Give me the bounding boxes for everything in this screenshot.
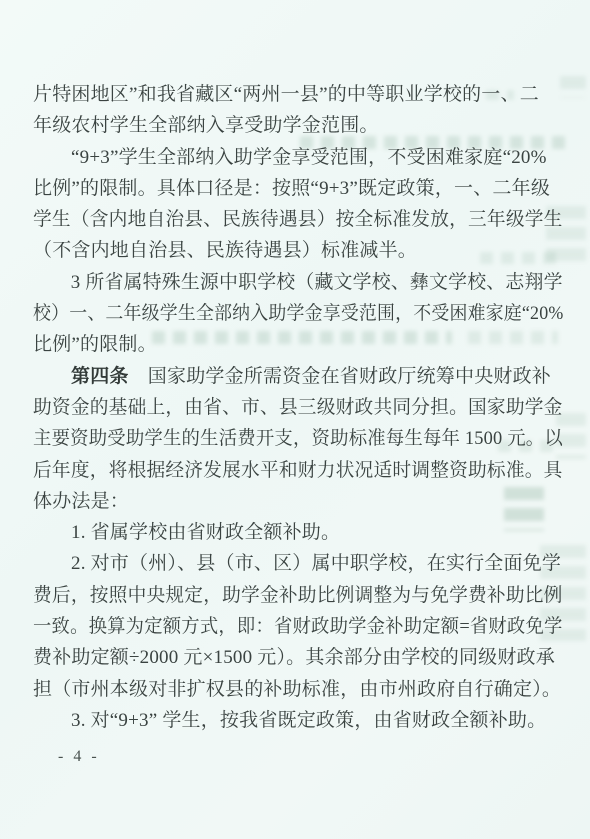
text-run: 3 所省属特殊生源中职学校（藏文学校、彝文学校、志翔学: [71, 272, 563, 293]
text-line: 担（市州本级对非扩权县的补助标准，由市州政府自行确定）。: [33, 674, 563, 705]
text-run: （不含内地自治县、民族待遇县）标准减半。: [33, 240, 417, 261]
text-run: “9+3”学生全部纳入助学金享受范围，不受困难家庭“20%: [71, 147, 547, 168]
text-line: （不含内地自治县、民族待遇县）标准减半。: [33, 235, 563, 266]
text-line: 校）一、二年级学生全部纳入助学金享受范围，不受困难家庭“20%: [33, 298, 533, 329]
text-line: 比例”的限制。: [33, 329, 563, 360]
document-body: 片特困地区”和我省藏区“两州一县”的中等职业学校的一、二年级农村学生全部纳入享受…: [33, 79, 563, 736]
text-line: 后年度，将根据经济发展水平和财力状况适时调整资助标准。具: [33, 455, 555, 486]
text-run: 年级农村学生全部纳入享受助学金范围。: [33, 115, 379, 136]
text-run: 比例”的限制。: [33, 334, 157, 355]
text-line: 主要资助受助学生的生活费开支，资助标准每生每年 1500 元。以: [33, 423, 546, 454]
text-line: “9+3”学生全部纳入助学金享受范围，不受困难家庭“20%: [33, 142, 563, 173]
text-run: 2. 对市（州）、县（市、区）属中职学校，在实行全面免学: [71, 553, 561, 574]
text-run: 体办法是：: [33, 491, 129, 512]
text-run: 主要资助受助学生的生活费开支，资助标准每生每年 1500 元。以: [33, 428, 563, 449]
text-line: 比例”的限制。具体口径是：按照“9+3”既定政策，一、二年级: [33, 173, 563, 204]
text-run: 校）一、二年级学生全部纳入助学金享受范围，不受困难家庭“20%: [33, 303, 563, 324]
text-run: 片特困地区”和我省藏区“两州一县”的中等职业学校的一、二: [33, 84, 539, 105]
text-line: 年级农村学生全部纳入享受助学金范围。: [33, 110, 563, 141]
text-line: 体办法是：: [33, 486, 563, 517]
text-run: 国家助学金所需资金在省财政厅统筹中央财政补: [129, 366, 551, 387]
text-line: 学生（含内地自治县、民族待遇县）按全标准发放，三年级学生: [33, 204, 555, 235]
text-line: 1. 省属学校由省财政全额补助。: [33, 517, 563, 548]
text-run: 费后，按照中央规定，助学金补助比例调整为与免学费补助比例: [33, 585, 563, 606]
text-line: 3 所省属特殊生源中职学校（藏文学校、彝文学校、志翔学: [33, 267, 560, 298]
text-line: 费后，按照中央规定，助学金补助比例调整为与免学费补助比例: [33, 580, 555, 611]
text-run: 后年度，将根据经济发展水平和财力状况适时调整资助标准。具: [33, 460, 563, 481]
text-run: 担（市州本级对非扩权县的补助标准，由市州政府自行确定）。: [33, 679, 561, 700]
article-heading: 第四条: [71, 366, 129, 387]
text-run: 一致。换算为定额方式，即：省财政助学金补助定额=省财政免学: [33, 616, 563, 637]
text-line: 费补助定额÷2000 元×1500 元）。其余部分由学校的同级财政承: [33, 642, 563, 673]
page-number: - 4 -: [58, 748, 100, 766]
text-run: 3. 对“9+3” 学生，按我省既定政策，由省财政全额补助。: [71, 710, 546, 731]
text-line: 2. 对市（州）、县（市、区）属中职学校，在实行全面免学: [33, 548, 563, 579]
text-run: 1. 省属学校由省财政全额补助。: [71, 522, 340, 543]
text-run: 学生（含内地自治县、民族待遇县）按全标准发放，三年级学生: [33, 209, 563, 230]
text-line: 助资金的基础上，由省、市、县三级财政共同分担。国家助学金: [33, 392, 555, 423]
text-run: 比例”的限制。具体口径是：按照“9+3”既定政策，一、二年级: [33, 178, 550, 199]
text-run: 费补助定额÷2000 元×1500 元）。其余部分由学校的同级财政承: [33, 647, 555, 668]
text-line: 3. 对“9+3” 学生，按我省既定政策，由省财政全额补助。: [33, 705, 563, 736]
bleedthrough-mark: [560, 76, 586, 98]
text-line: 片特困地区”和我省藏区“两州一县”的中等职业学校的一、二: [33, 79, 563, 110]
scanned-document-page: 片特困地区”和我省藏区“两州一县”的中等职业学校的一、二年级农村学生全部纳入享受…: [0, 0, 590, 839]
text-run: 助资金的基础上，由省、市、县三级财政共同分担。国家助学金: [33, 397, 563, 418]
text-line: 第四条 国家助学金所需资金在省财政厅统筹中央财政补: [33, 361, 563, 392]
text-line: 一致。换算为定额方式，即：省财政助学金补助定额=省财政免学: [33, 611, 545, 642]
